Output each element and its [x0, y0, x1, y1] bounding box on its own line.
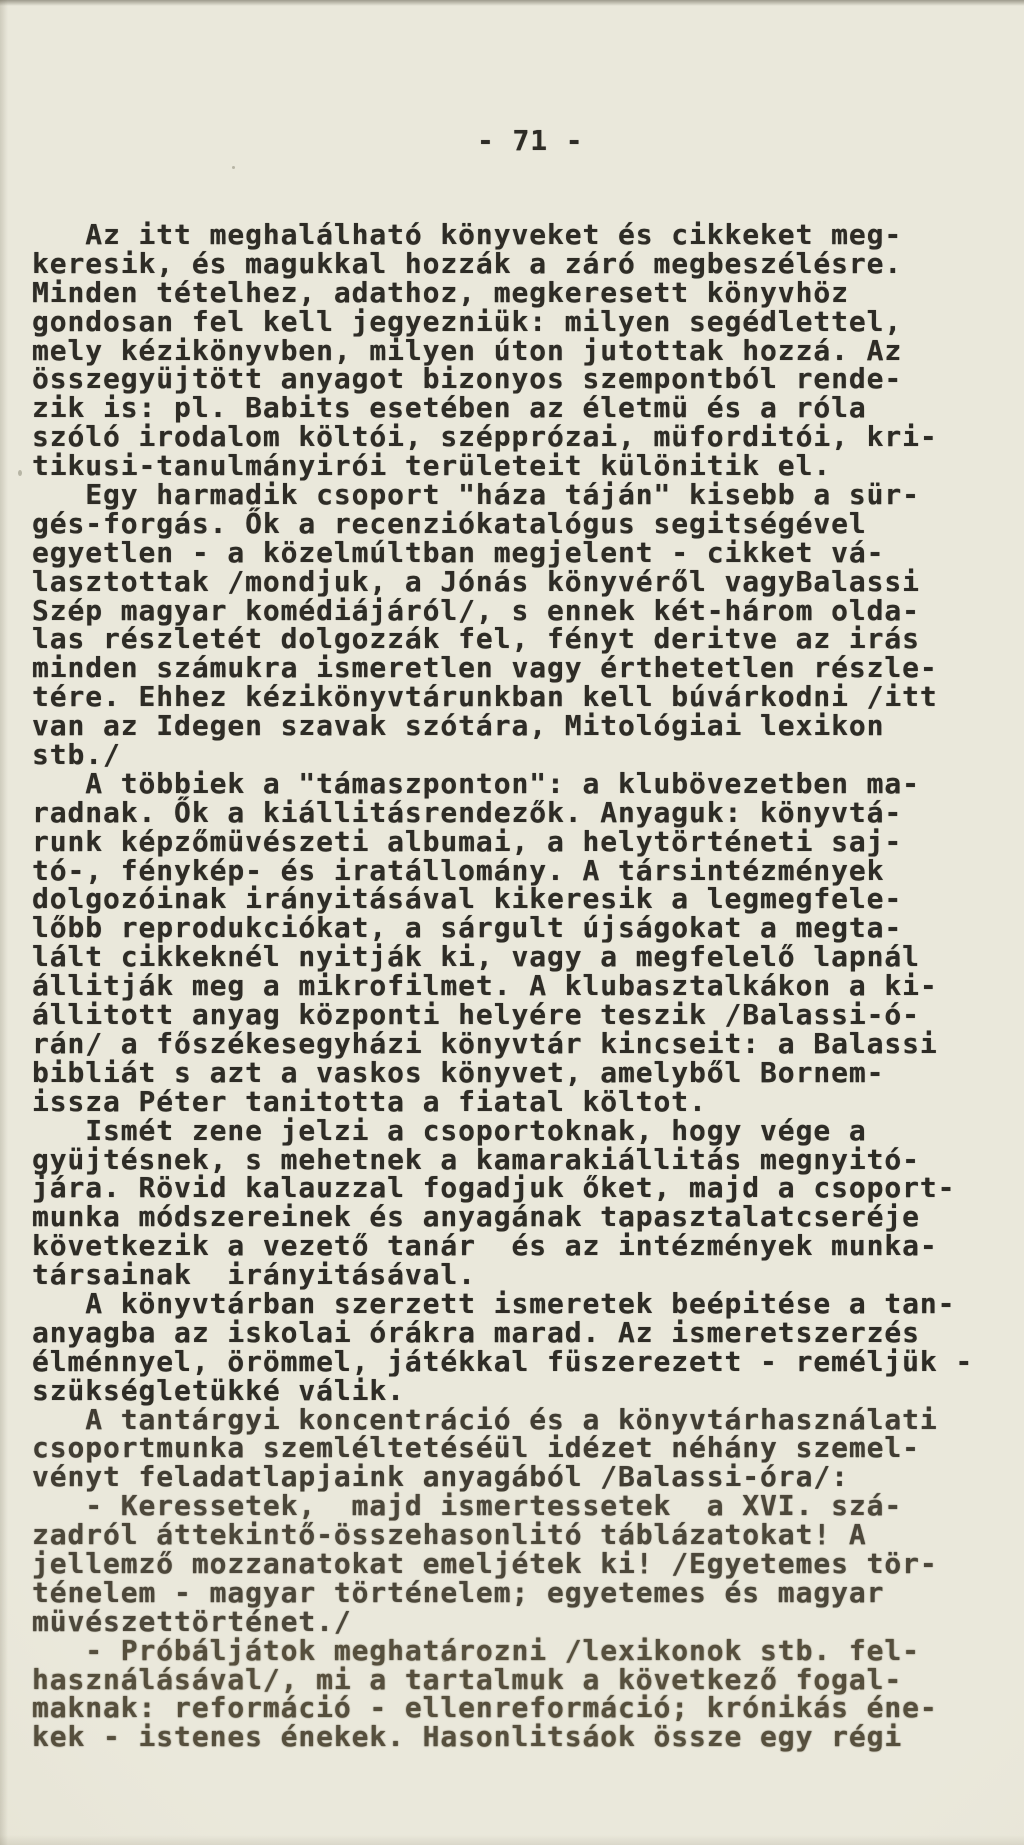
- text-line: zik is: pl. Babits esetében az életmü és…: [32, 394, 973, 423]
- paper-speck: [232, 166, 235, 169]
- text-line: vényt feladatlapjaink anyagából /Balassi…: [32, 1463, 973, 1492]
- text-line: A többiek a "támaszponton": a klubövezet…: [32, 770, 973, 799]
- text-line: dolgozóinak irányitásával kikeresik a le…: [32, 885, 973, 914]
- text-line: lasztottak /mondjuk, a Jónás könyvéről v…: [32, 568, 973, 597]
- text-line: - Keressetek, majd ismertessetek a XVI. …: [32, 1492, 973, 1521]
- text-line: gés-forgás. Ők a recenziókatalógus segit…: [32, 510, 973, 539]
- text-line: egyetlen - a közelmúltban megjelent - ci…: [32, 539, 973, 568]
- text-line: lált cikkeknél nyitják ki, vagy a megfel…: [32, 943, 973, 972]
- text-line: munka módszereinek és anyagának tapaszta…: [32, 1203, 973, 1232]
- text-line: - Próbáljátok meghatározni /lexikonok st…: [32, 1637, 973, 1666]
- text-line: állitott anyag központi helyére teszik /…: [32, 1001, 973, 1030]
- text-line: A könyvtárban szerzett ismeretek beépité…: [32, 1290, 973, 1319]
- text-line: jellemző mozzanatokat emeljétek ki! /Egy…: [32, 1550, 973, 1579]
- text-line: Szép magyar komédiájáról/, s ennek két-h…: [32, 597, 973, 626]
- text-line: radnak. Ők a kiállitásrendezők. Anyaguk:…: [32, 799, 973, 828]
- paper-speck: [442, 1658, 447, 1662]
- document-text: Az itt meghalálható könyveket és cikkeke…: [32, 221, 973, 1752]
- text-line: A tantárgyi koncentráció és a könyvtárha…: [32, 1406, 973, 1435]
- text-line: Egy harmadik csoport "háza táján" kisebb…: [32, 481, 973, 510]
- text-line: stb./: [32, 741, 973, 770]
- text-line: müvészettörténet./: [32, 1608, 973, 1637]
- text-line: maknak: reformáció - ellenreformáció; kr…: [32, 1694, 973, 1723]
- text-line: társainak irányitásával.: [32, 1261, 973, 1290]
- text-line: rán/ a főszékesegyházi könyvtár kincseit…: [32, 1030, 973, 1059]
- text-line: állitják meg a mikrofilmet. A klubasztal…: [32, 972, 973, 1001]
- scanned-document-page: - 71 - Az itt meghalálható könyveket és …: [0, 0, 1024, 1845]
- scan-top-edge: [0, 0, 1024, 6]
- text-line: élménnyel, örömmel, játékkal füszerezett…: [32, 1348, 973, 1377]
- text-line: tikusi-tanulmányirói területeit különiti…: [32, 452, 973, 481]
- text-line: las részletét dolgozzák fel, fényt derit…: [32, 625, 973, 654]
- text-line: issza Péter tanitotta a fiatal költot.: [32, 1088, 973, 1117]
- scan-left-edge: [0, 0, 8, 1845]
- text-line: szóló irodalom költói, szépprózai, müfor…: [32, 423, 973, 452]
- text-line: mely kézikönyvben, milyen úton jutottak …: [32, 337, 973, 366]
- text-line: van az Idegen szavak szótára, Mitológiai…: [32, 712, 973, 741]
- text-line: tére. Ehhez kézikönyvtárunkban kell búvá…: [32, 683, 973, 712]
- text-line: anyagba az iskolai órákra marad. Az isme…: [32, 1319, 973, 1348]
- page-number: - 71 -: [477, 124, 584, 157]
- text-line: összegyüjtött anyagot bizonyos szempontb…: [32, 365, 973, 394]
- text-line: Ismét zene jelzi a csoportoknak, hogy vé…: [32, 1117, 973, 1146]
- text-line: ténelem - magyar történelem; egyetemes é…: [32, 1579, 973, 1608]
- scan-bottom-edge: [0, 1835, 1024, 1845]
- text-line: tó-, fénykép- és iratállomány. A társint…: [32, 857, 973, 886]
- text-line: runk képzőmüvészeti albumai, a helytörté…: [32, 828, 973, 857]
- text-line: zadról áttekintő-összehasonlitó táblázat…: [32, 1521, 973, 1550]
- paper-speck: [18, 470, 22, 476]
- text-line: Minden tételhez, adathoz, megkeresett kö…: [32, 279, 973, 308]
- text-line: jára. Rövid kalauzzal fogadjuk őket, maj…: [32, 1174, 973, 1203]
- text-line: Az itt meghalálható könyveket és cikkeke…: [32, 221, 973, 250]
- text-line: bibliát s azt a vaskos könyvet, amelyből…: [32, 1059, 973, 1088]
- text-line: gyüjtésnek, s mehetnek a kamarakiállitás…: [32, 1146, 973, 1175]
- text-line: gondosan fel kell jegyezniük: milyen seg…: [32, 308, 973, 337]
- text-line: lőbb reprodukciókat, a sárgult újságokat…: [32, 914, 973, 943]
- text-line: szükségletükké válik.: [32, 1377, 973, 1406]
- text-line: minden számukra ismeretlen vagy érthetet…: [32, 654, 973, 683]
- text-line: keresik, és magukkal hozzák a záró megbe…: [32, 250, 973, 279]
- text-line: következik a vezető tanár és az intézmén…: [32, 1232, 973, 1261]
- text-line: csoportmunka szemléltetéséül idézet néhá…: [32, 1434, 973, 1463]
- text-line: kek - istenes énekek. Hasonlitsáok össze…: [32, 1723, 973, 1752]
